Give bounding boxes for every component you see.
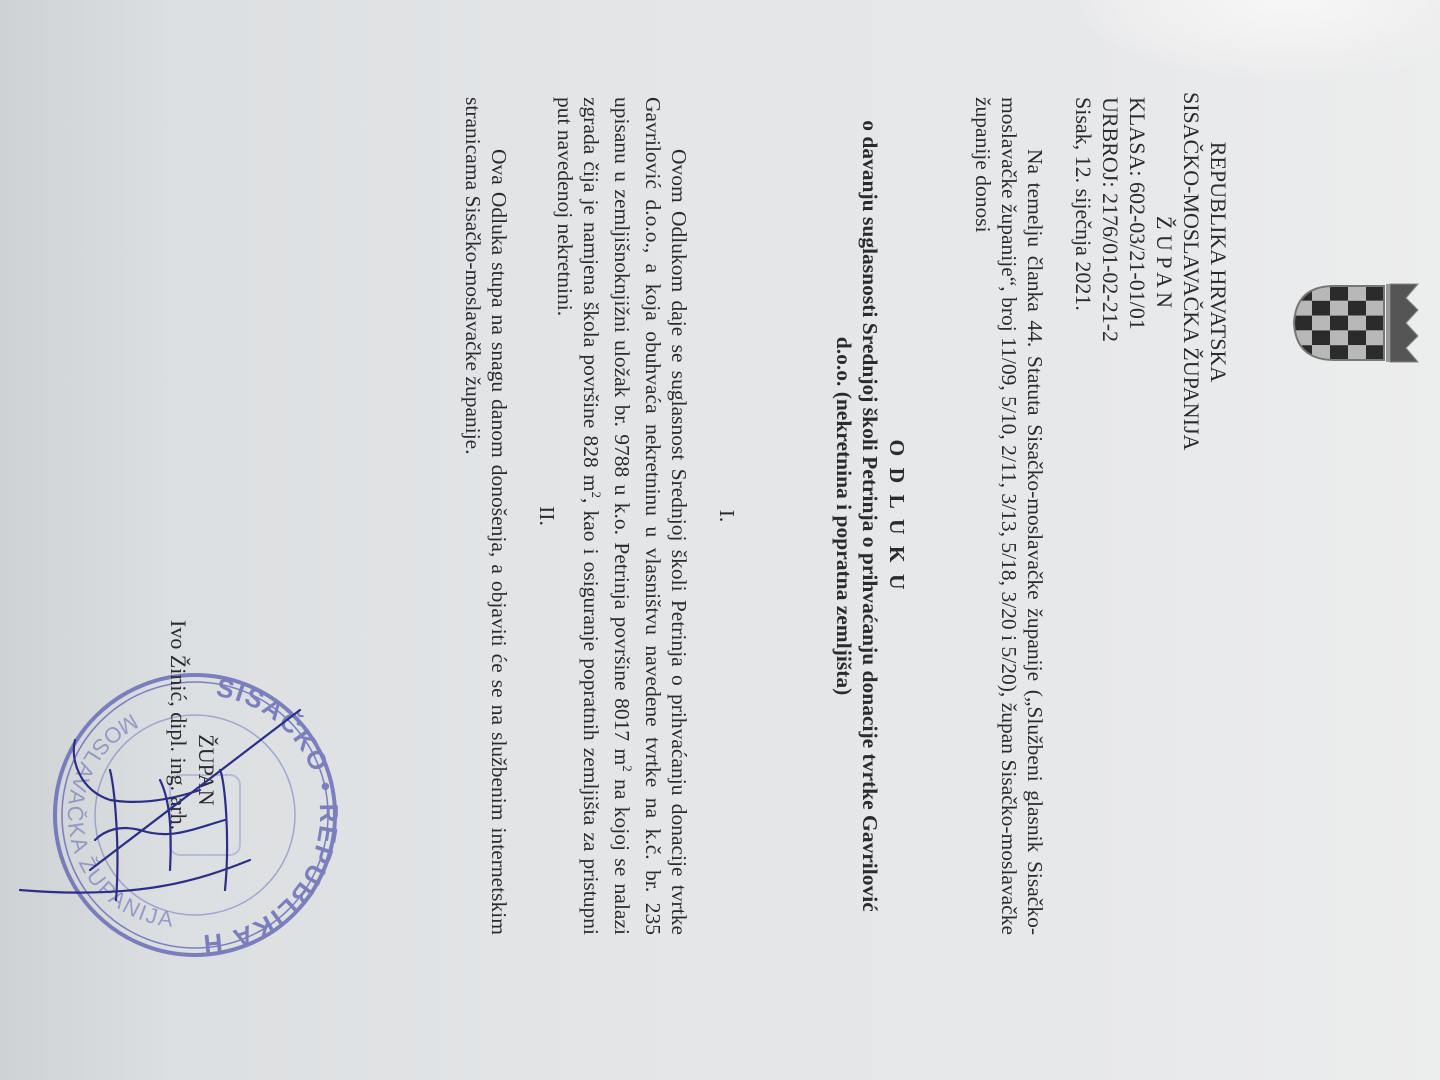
urbroj-number: URBROJ: 2176/01-02-21-2 [1097,97,1124,342]
document-page: REPUBLIKA HRVATSKA SISAČKO-MOSLAVAČKA ŽU… [0,0,1440,1080]
place-and-date: Sisak, 12. siječnja 2021. [1070,97,1097,311]
header-republic: REPUBLIKA HRVATSKA [1205,122,1232,402]
croatian-coat-of-arms-icon [1290,280,1420,366]
section-1-text: Ovom Odlukom daje se suglasnost Srednjoj… [552,97,692,935]
klasa-number: KLASA: 602-03/21-01/01 [1124,97,1151,330]
section-2-number: II. [534,97,560,935]
handwritten-signature [0,640,320,1060]
intro-paragraph: Na temelju članka 44. Statuta Sisačko-mo… [970,97,1048,935]
section-2-text: Ova Odluka stupa na snagu danom donošenj… [460,97,512,935]
decision-subtitle-line1: o davanju suglasnosti Srednjoj školi Pet… [857,97,883,935]
decision-subtitle-line2: d.o.o. (nekretnina i popratna zemljišta) [831,97,857,935]
decision-title: O D L U K U [884,97,910,935]
section-1-number: I. [714,97,740,935]
header-county: SISAČKO-MOSLAVAČKA ŽUPANIJA [1178,92,1205,432]
header-office: Ž U P A N [1151,122,1178,402]
